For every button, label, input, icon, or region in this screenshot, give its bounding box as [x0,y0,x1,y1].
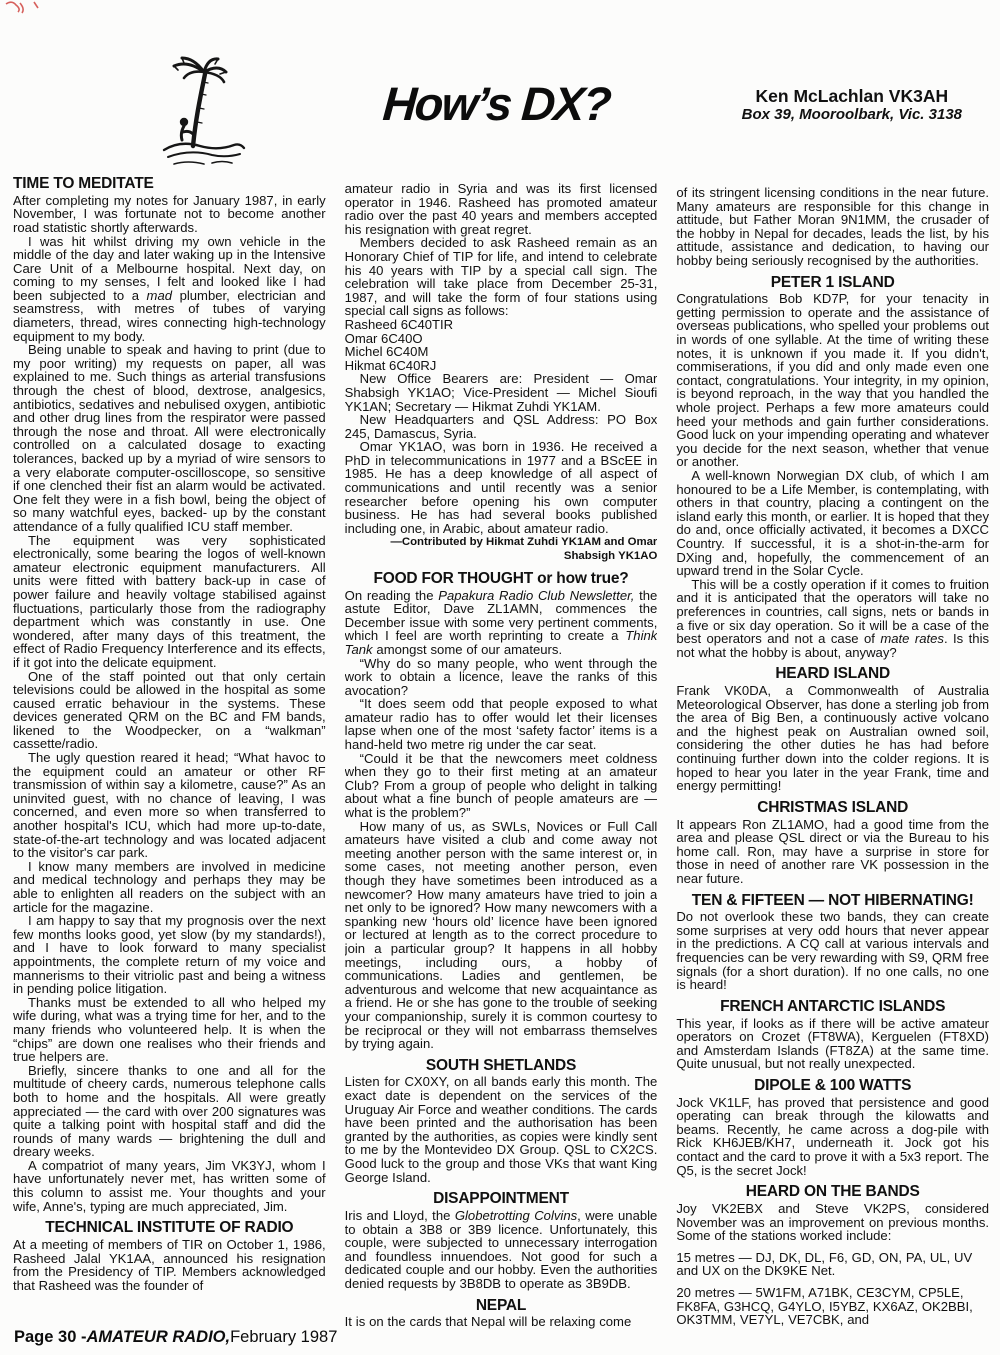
paragraph: Congratulations Bob KD7P, for your tenac… [676,292,989,469]
paragraph: 20 metres — 5W1FM, A71BK, CE3CYM, CP5LE,… [676,1286,989,1327]
callsign-line: Rasheed 6C40TIR [345,318,658,332]
callsign-line: Omar 6C40O [345,332,658,346]
palm-island-illustration [160,56,246,168]
paragraph: The ugly question reared it head; “What … [13,751,326,860]
paragraph: How many of us, as SWLs, Novices or Full… [345,820,658,1051]
paragraph: of its stringent licensing conditions in… [676,186,989,268]
section-heading: CHRISTMAS ISLAND [676,800,989,817]
page-footer: Page 30 -AMATEUR RADIO,February 1987 [14,1328,337,1347]
author-address: Box 39, Mooroolbark, Vic. 3138 [742,106,962,123]
red-pen-mark [4,0,64,18]
magazine-name: AMATEUR RADIO, [86,1328,230,1346]
section-heading: SOUTH SHETLANDS [345,1058,658,1075]
paragraph: Thanks must be extended to all who helpe… [13,996,326,1064]
section-heading: FRENCH ANTARCTIC ISLANDS [676,999,989,1016]
paragraph: This year, if looks as if there will be … [676,1017,989,1071]
section-heading: DISAPPOINTMENT [345,1191,658,1208]
paragraph: 15 metres — DJ, DK, DL, F6, GD, ON, PA, … [676,1251,989,1278]
paragraph: This will be a costly operation if it co… [676,578,989,660]
byline: Ken McLachlan VK3AH Box 39, Mooroolbark,… [742,86,962,123]
paragraph: Being unable to speak and having to prin… [13,343,326,533]
paragraph: Joy VK2EBX and Steve VK2PS, considered N… [676,1202,989,1243]
section-heading: NEPAL [345,1298,658,1315]
paragraph: Members decided to ask Rasheed remain as… [345,236,658,318]
paragraph: At a meeting of members of TIR on Octobe… [13,1238,326,1292]
contribution-credit: —Contributed by Hikmat Zuhdi YK1AM and O… [345,536,658,563]
callsign-line: Michel 6C40M [345,345,658,359]
section-heading: TECHNICAL INSTITUTE OF RADIO [13,1220,326,1237]
section-heading: HEARD ISLAND [676,666,989,683]
paragraph: I was hit whilst driving my own vehicle … [13,235,326,344]
callsign-line: Hikmat 6C40RJ [345,359,658,373]
paragraph: Iris and Lloyd, the Globetrotting Colvin… [345,1209,658,1291]
section-heading: TEN & FIFTEEN — NOT HIBERNATING! [676,893,989,910]
paragraph: New Office Bearers are: President — Omar… [345,372,658,413]
paragraph: Jock VK1LF, has proved that persistence … [676,1096,989,1178]
column-2: amateur radio in Syria and was its first… [345,169,658,1342]
author-name: Ken McLachlan VK3AH [742,86,962,106]
issue-date: February 1987 [230,1328,337,1346]
paragraph: “Why do so many people, who went through… [345,657,658,698]
paragraph: It appears Ron ZL1AMO, had a good time f… [676,818,989,886]
paragraph: Briefly, sincere thanks to one and all f… [13,1064,326,1159]
section-heading: PETER 1 ISLAND [676,275,989,292]
section-heading: HEARD ON THE BANDS [676,1184,989,1201]
paragraph: Do not overlook these two bands, they ca… [676,910,989,992]
paragraph: Omar YK1AO, was born in 1936. He receive… [345,440,658,535]
column-title: How’s DX? [381,76,611,131]
column-3: of its stringent licensing conditions in… [676,169,989,1346]
section-heading: TIME TO MEDITATE [13,176,326,193]
paragraph: I am happy to say that my prognosis over… [13,914,326,996]
paragraph: “It does seem odd that people exposed to… [345,697,658,751]
paragraph: A compatriot of many years, Jim VK3YJ, w… [13,1159,326,1213]
paragraph: New Headquarters and QSL Address: PO Box… [345,413,658,440]
magazine-page: How’s DX? Ken McLachlan VK3AH Box 39, Mo… [0,0,1000,1355]
paragraph: Listen for CX0XY, on all bands early thi… [345,1075,658,1184]
paragraph: One of the staff pointed out that only c… [13,670,326,752]
paragraph: “Could it be that the newcomers meet col… [345,752,658,820]
article-body: TIME TO MEDITATEAfter completing my note… [13,169,989,1329]
paragraph: A well-known Norwegian DX club, of which… [676,469,989,578]
column-1: TIME TO MEDITATEAfter completing my note… [13,169,326,1329]
paragraph: It is on the cards that Nepal will be re… [345,1315,658,1329]
section-heading: FOOD FOR THOUGHT or how true? [345,571,658,588]
paragraph: After completing my notes for January 19… [13,194,326,235]
paragraph: Frank VK0DA, a Commonwealth of Australia… [676,684,989,793]
paragraph: I know many members are involved in medi… [13,860,326,914]
section-heading: DIPOLE & 100 WATTS [676,1078,989,1095]
page-number: Page 30 - [14,1328,86,1346]
paragraph: The equipment was very sophisticated ele… [13,534,326,670]
paragraph: On reading the Papakura Radio Club Newsl… [345,589,658,657]
paragraph: amateur radio in Syria and was its first… [345,182,658,236]
